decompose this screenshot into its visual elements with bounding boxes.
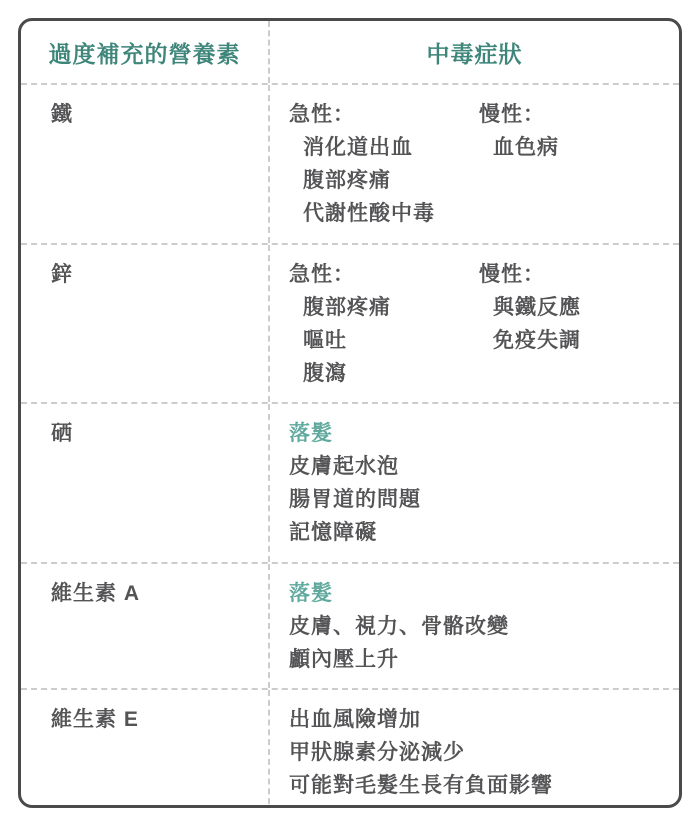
symptom-item: 皮膚起水泡 xyxy=(289,450,669,483)
symptom-item: 消化道出血 xyxy=(289,131,479,164)
table-row-iron: 鐵 急性： 消化道出血 腹部疼痛 代謝性酸中毒 慢性： 血色病 xyxy=(21,83,679,243)
nutrient-name: 鋅 xyxy=(21,245,268,402)
symptoms-cell: 出血風險增加 甲狀腺素分泌減少 可能對毛髮生長有負面影響 xyxy=(268,690,679,808)
symptom-subcolumns: 急性： 腹部疼痛 嘔吐 腹瀉 慢性： 與鐵反應 免疫失調 xyxy=(289,258,669,390)
symptom-item: 腹部疼痛 xyxy=(289,164,479,197)
symptom-item: 記憶障礙 xyxy=(289,516,669,549)
chronic-label: 慢性： xyxy=(479,98,669,131)
symptom-item: 血色病 xyxy=(479,131,669,164)
symptom-item-highlighted: 落髮 xyxy=(289,417,669,450)
acute-label: 急性： xyxy=(289,98,479,131)
symptom-item: 嘔吐 xyxy=(289,324,479,357)
chronic-symptoms: 慢性： 血色病 xyxy=(479,98,669,230)
table-row-zinc: 鋅 急性： 腹部疼痛 嘔吐 腹瀉 慢性： 與鐵反應 免疫失調 xyxy=(21,243,679,402)
acute-symptoms: 急性： 腹部疼痛 嘔吐 腹瀉 xyxy=(289,258,479,390)
column-header-nutrient: 過度補充的營養素 xyxy=(21,21,268,83)
table-header-row: 過度補充的營養素 中毒症狀 xyxy=(21,21,679,83)
chronic-label: 慢性： xyxy=(479,258,669,291)
nutrient-toxicity-table: 過度補充的營養素 中毒症狀 鐵 急性： 消化道出血 腹部疼痛 代謝性酸中毒 慢性… xyxy=(18,18,682,808)
acute-symptoms: 急性： 消化道出血 腹部疼痛 代謝性酸中毒 xyxy=(289,98,479,230)
symptom-item: 顱內壓上升 xyxy=(289,643,669,676)
acute-label: 急性： xyxy=(289,258,479,291)
symptoms-cell: 落髮 皮膚起水泡 腸胃道的問題 記憶障礙 xyxy=(268,404,679,562)
symptom-item: 出血風險增加 xyxy=(289,703,669,736)
nutrient-name: 維生素 E xyxy=(21,690,268,808)
symptoms-cell: 急性： 消化道出血 腹部疼痛 代謝性酸中毒 慢性： 血色病 xyxy=(268,85,679,243)
table-row-vitamin-e: 維生素 E 出血風險增加 甲狀腺素分泌減少 可能對毛髮生長有負面影響 xyxy=(21,688,679,808)
symptom-item: 腹瀉 xyxy=(289,357,479,390)
chronic-symptoms: 慢性： 與鐵反應 免疫失調 xyxy=(479,258,669,390)
symptom-subcolumns: 急性： 消化道出血 腹部疼痛 代謝性酸中毒 慢性： 血色病 xyxy=(289,98,669,230)
table-row-selenium: 硒 落髮 皮膚起水泡 腸胃道的問題 記憶障礙 xyxy=(21,402,679,562)
symptoms-cell: 落髮 皮膚、視力、骨骼改變 顱內壓上升 xyxy=(268,564,679,688)
nutrient-name: 硒 xyxy=(21,404,268,562)
symptom-item: 腸胃道的問題 xyxy=(289,483,669,516)
nutrient-name: 鐵 xyxy=(21,85,268,243)
symptom-item: 與鐵反應 xyxy=(479,291,669,324)
symptom-item-highlighted: 落髮 xyxy=(289,577,669,610)
symptom-item: 可能對毛髮生長有負面影響 xyxy=(289,769,669,802)
page: 過度補充的營養素 中毒症狀 鐵 急性： 消化道出血 腹部疼痛 代謝性酸中毒 慢性… xyxy=(0,0,700,826)
symptom-item: 甲狀腺素分泌減少 xyxy=(289,736,669,769)
column-header-symptoms: 中毒症狀 xyxy=(268,21,679,83)
symptom-item: 免疫失調 xyxy=(479,324,669,357)
symptom-item: 皮膚、視力、骨骼改變 xyxy=(289,610,669,643)
nutrient-name: 維生素 A xyxy=(21,564,268,688)
symptom-item: 腹部疼痛 xyxy=(289,291,479,324)
table-row-vitamin-a: 維生素 A 落髮 皮膚、視力、骨骼改變 顱內壓上升 xyxy=(21,562,679,688)
symptoms-cell: 急性： 腹部疼痛 嘔吐 腹瀉 慢性： 與鐵反應 免疫失調 xyxy=(268,245,679,402)
symptom-item: 代謝性酸中毒 xyxy=(289,197,479,230)
